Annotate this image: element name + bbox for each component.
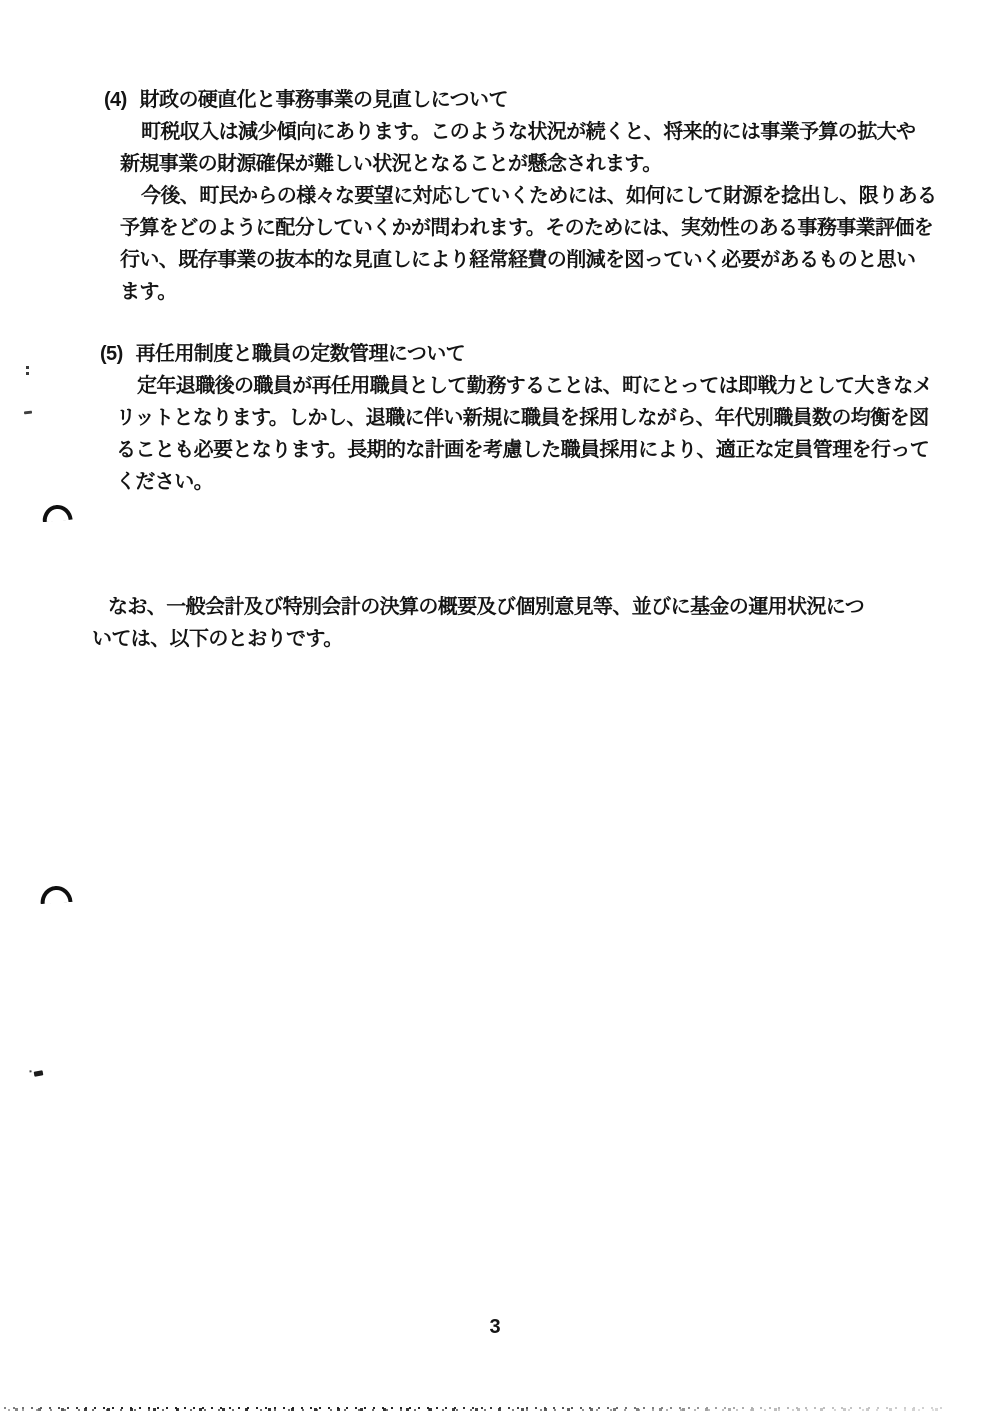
body-line: 定年退職後の職員が再任用職員として勤務することは、町にとっては即戦力として大きな… — [116, 370, 934, 402]
scan-speck-blob — [34, 1070, 44, 1076]
body-line: ることも必要となります。長期的な計画を考慮した職員採用により、適正な定員管理を行… — [116, 434, 934, 466]
document-page: (4)財政の硬直化と事務事業の見直しについて 町税収入は減少傾向にあります。この… — [0, 0, 1000, 1416]
body-line: ます。 — [120, 276, 934, 308]
punch-hole-shadow-top — [41, 504, 72, 523]
section-heading: (5)再任用制度と職員の定数管理について — [100, 338, 934, 370]
closing-line: いては、以下のとおりです。 — [92, 623, 934, 655]
section-4: (4)財政の硬直化と事務事業の見直しについて 町税収入は減少傾向にあります。この… — [104, 84, 934, 308]
body-line: リットとなります。しかし、退職に伴い新規に職員を採用しながら、年代別職員数の均衡… — [116, 402, 934, 434]
section-title: 財政の硬直化と事務事業の見直しについて — [140, 89, 508, 111]
body-line: 行い、既存事業の抜本的な見直しにより経常経費の削減を図っていく必要があるものと思… — [120, 244, 934, 276]
section-number: (4) — [104, 89, 127, 111]
closing-paragraph: なお、一般会計及び特別会計の決算の概要及び個別意見等、並びに基金の運用状況につ … — [92, 591, 934, 655]
closing-line: なお、一般会計及び特別会計の決算の概要及び個別意見等、並びに基金の運用状況につ — [92, 591, 934, 623]
body-line: 予算をどのように配分していくかが問われます。そのためには、実効性のある事務事業評… — [120, 212, 934, 244]
scan-noise-strip — [4, 1406, 944, 1412]
section-number: (5) — [100, 343, 123, 365]
section-body: 町税収入は減少傾向にあります。このような状況が続くと、将来的には事業予算の拡大や… — [120, 116, 934, 308]
section-body: 定年退職後の職員が再任用職員として勤務することは、町にとっては即戦力として大きな… — [116, 370, 934, 498]
page-number: 3 — [0, 1316, 990, 1339]
punch-hole-shadow-bottom — [39, 885, 72, 904]
body-line: 町税収入は減少傾向にあります。このような状況が続くと、将来的には事業予算の拡大や — [120, 116, 934, 148]
scan-speck-dash — [24, 411, 32, 415]
section-heading: (4)財政の硬直化と事務事業の見直しについて — [104, 84, 934, 116]
section-5: (5)再任用制度と職員の定数管理について 定年退職後の職員が再任用職員として勤務… — [100, 338, 934, 498]
body-line: 新規事業の財源確保が難しい状況となることが懸念されます。 — [120, 148, 934, 180]
scan-speck-colon — [26, 366, 29, 369]
section-title: 再任用制度と職員の定数管理について — [136, 343, 465, 365]
body-line: 今後、町民からの様々な要望に対応していくためには、如何にして財源を捻出し、限りあ… — [120, 180, 934, 212]
body-line: ください。 — [116, 466, 934, 498]
